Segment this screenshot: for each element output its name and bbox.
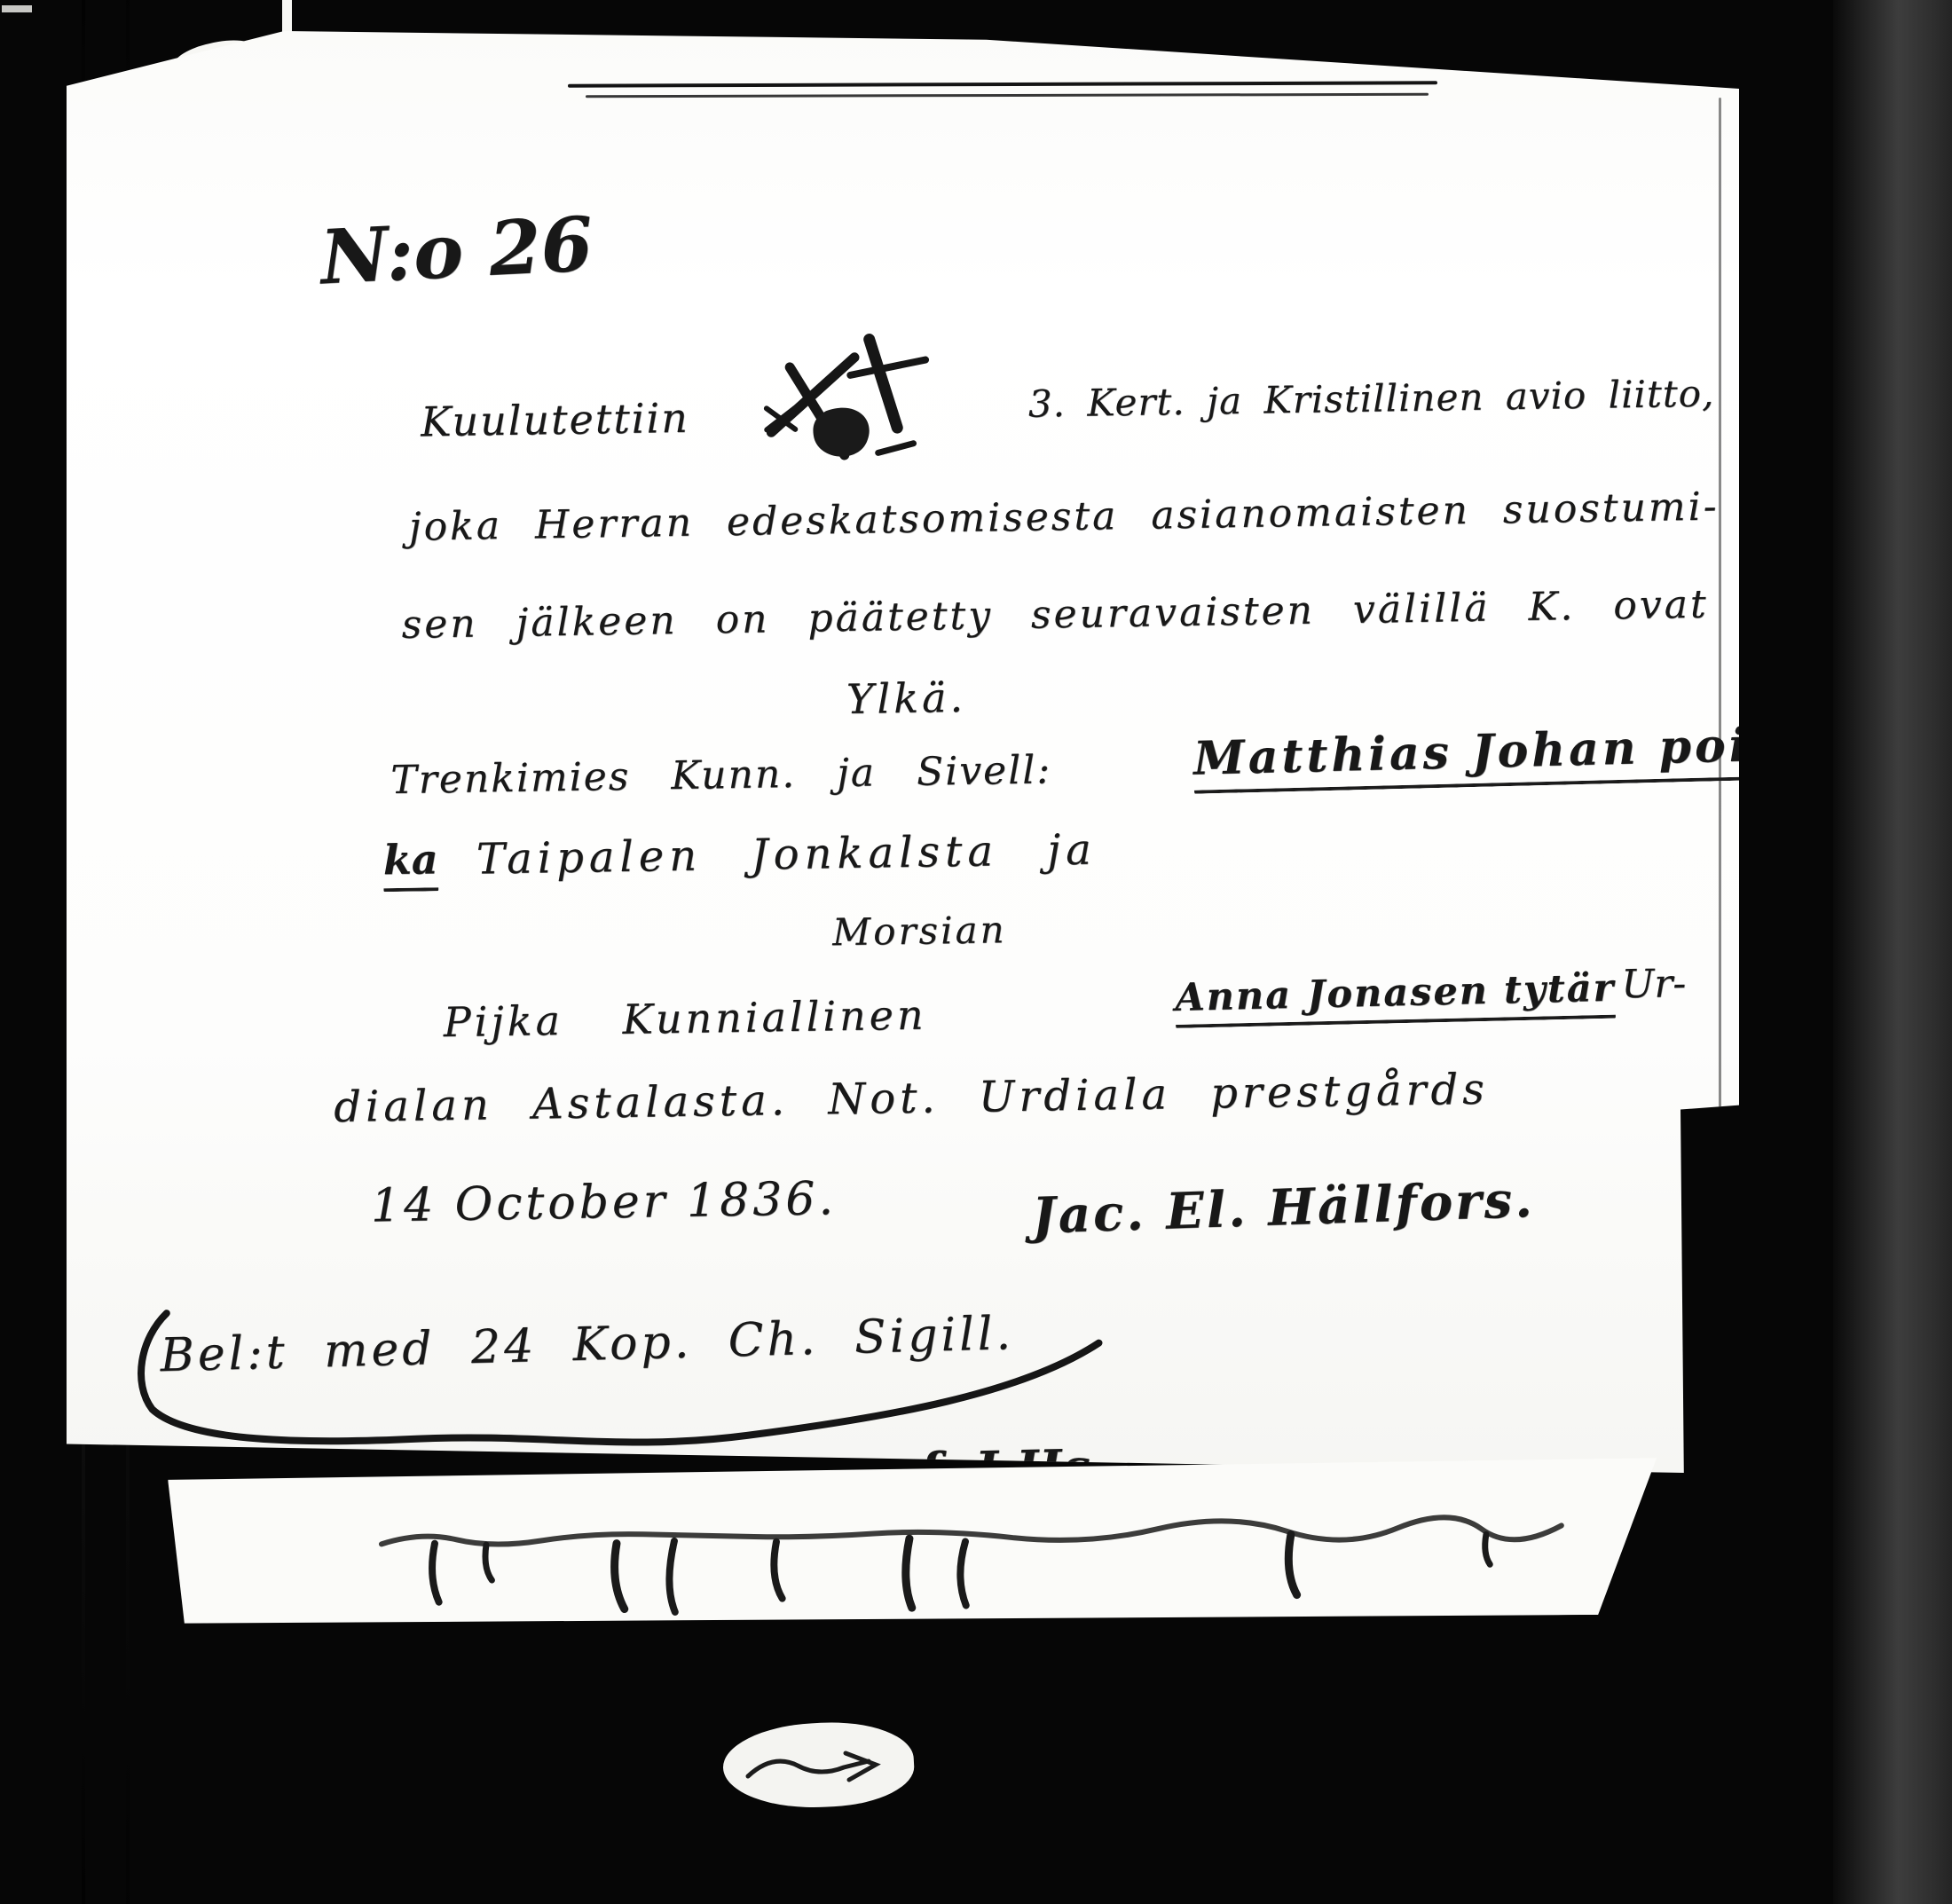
bride-line-2: dialan Astalasta. Not. Urdiala prestgård… bbox=[334, 1065, 1489, 1132]
handwriting-layer: N:o 26 Kuulutettiin 3. Kert. ja Kri bbox=[55, 18, 1750, 1485]
groom-line-2-underlined: ka bbox=[382, 835, 438, 892]
record-number: N:o 26 bbox=[319, 200, 595, 301]
groom-line-1-pre: Trenkimies Kunn. ja Sivell: bbox=[390, 747, 1051, 803]
signature: Jac. El. Hällfors. bbox=[1031, 1170, 1535, 1246]
bride-line-1-post: Ur- bbox=[1621, 961, 1687, 1007]
struck-out-marks bbox=[743, 319, 949, 504]
scanned-church-record: N:o 26 Kuulutettiin 3. Kert. ja Kri bbox=[0, 0, 1952, 1904]
announcement-line-1-post: 3. Kert. ja Kristillinen avio liitto, bbox=[1027, 372, 1714, 426]
paper-sheet-bottom-strip bbox=[168, 1458, 1673, 1630]
groom-heading: Ylkä. bbox=[846, 673, 967, 723]
film-edge-band bbox=[1833, 0, 1952, 1904]
bottom-squiggle-mark bbox=[741, 1737, 901, 1799]
announcement-line-2: joka Herran edeskatsomisesta asianomaist… bbox=[409, 484, 1720, 550]
bride-line-1-pre: Pijka Kunniallinen bbox=[443, 991, 927, 1047]
cut-off-text-fragments bbox=[373, 1505, 1633, 1625]
paper-sheet-main: N:o 26 Kuulutettiin 3. Kert. ja Kri bbox=[67, 31, 1739, 1473]
announcement-line-1-pre: Kuulutettiin bbox=[421, 394, 689, 446]
groom-line-2-rest: Taipalen Jonkalsta ja bbox=[476, 825, 1097, 885]
bride-heading: Morsian bbox=[832, 908, 1007, 954]
date-line: 14 October 1836. bbox=[370, 1172, 837, 1232]
bride-name: Anna Jonasen tytär bbox=[1175, 966, 1616, 1028]
groom-name: Matthias Johan poi- bbox=[1192, 718, 1774, 794]
torn-paper-sliver bbox=[282, 0, 292, 35]
announcement-line-3: sen jälkeen on päätetty seuravaisten väl… bbox=[401, 582, 1709, 648]
torn-paper-speck bbox=[2, 5, 32, 12]
